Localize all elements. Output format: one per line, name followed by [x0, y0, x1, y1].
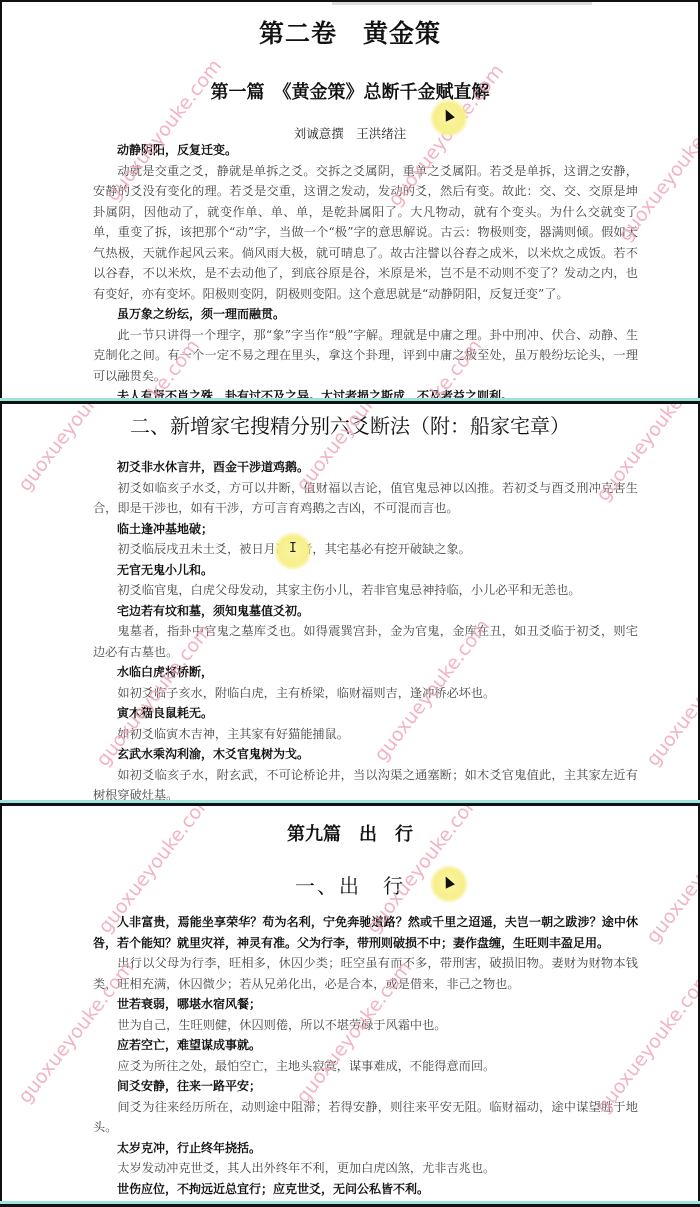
- commentary-paragraph: 如初爻临子亥水，附临白虎，主有桥梁，临财福则吉，逢冲桥必坏也。: [93, 683, 638, 704]
- verse-line: 太岁克冲，行止终年挠括。: [93, 1138, 638, 1159]
- chapter-title: 第一篇 《黄金策》总断千金赋直解: [2, 78, 698, 104]
- verse-line: 初爻非水休言井，酉金干涉道鸡鹅。: [93, 457, 638, 478]
- verse-line: 应若空亡，难望谋成事就。: [93, 1035, 638, 1056]
- text-body: 动静阴阳，反复迁变。 动就是交重之爻，静就是单拆之爻。交拆之爻属阴，重单之爻属阳…: [93, 140, 638, 402]
- verse-line: 间爻安静，往来一路平安；: [93, 1076, 638, 1097]
- verse-line: 世伤应位，不拘远近总宜行；应克世爻，无问公私皆不利。: [93, 1179, 638, 1200]
- verse-line: 虽万象之纷纭，须一理而融贯。: [93, 304, 638, 325]
- panel-divider: [0, 401, 700, 404]
- commentary-paragraph: 应爻为所往之处，最怕空亡，主地头寂寞，谋事难成，不能得意而回。: [93, 1056, 638, 1077]
- verse-line: 水临白虎将桥断，: [93, 662, 638, 683]
- commentary-paragraph: 间爻为往来经历所在，动则途中阻滞；若得安静，则往来平安无阻。临财福动，途中谋望胜…: [93, 1097, 638, 1138]
- commentary-paragraph: 如初爻临寅木吉神，主其家有好猫能捕鼠。: [93, 724, 638, 745]
- commentary-paragraph: 世为自己，生旺则健，休囚则倦，所以不堪劳碌于风霜中也。: [93, 1015, 638, 1036]
- commentary-paragraph: 如初爻临亥子水，附玄武，不可论桥论井，当以沟渠之通塞断；如木爻官鬼值此，主其家左…: [93, 765, 638, 805]
- verse-line: 宅边若有坟和墓，须知鬼墓值爻初。: [93, 601, 638, 622]
- verse-line: 无官无鬼小儿和。: [93, 560, 638, 581]
- volume-title: 第二卷 黄金策: [2, 14, 698, 50]
- commentary-paragraph: 动就是交重之爻，静就是单拆之爻。交拆之爻属阴，重单之爻属阳。若爻是单拆，这谓之安…: [93, 161, 638, 305]
- page-panel-travel: 第九篇 出 行 一、出 行 人非富贵，焉能坐享荣华？苟为名利，宁免奔驰道路？然或…: [0, 804, 700, 1207]
- verse-line: 动静阴阳，反复迁变。: [93, 140, 638, 161]
- commentary-paragraph: 初爻如临亥子水爻，方可以井断，值财福以吉论，值官鬼忌神以凶推。若初爻与酉爻刑冲克…: [93, 478, 638, 519]
- panel-divider: [0, 803, 700, 806]
- text-body: 人非富贵，焉能坐享荣华？苟为名利，宁免奔驰道路？然或千里之迢遥，夫岂一朝之跋涉？…: [93, 912, 638, 1199]
- chapter-title: 第九篇 出 行: [2, 820, 698, 846]
- text-body: 初爻非水休言井，酉金干涉道鸡鹅。 初爻如临亥子水爻，方可以井断，值财福以吉论，值…: [93, 457, 638, 804]
- verse-line: 玄武水乘沟利渝，木爻官鬼树为戈。: [93, 744, 638, 765]
- commentary-paragraph: 初爻临辰戌丑未土爻，被日月冲破者，其宅基必有挖开破缺之象。: [93, 539, 638, 560]
- watermark: guoxueyouke.com: [642, 620, 700, 770]
- commentary-paragraph: 初爻临官鬼，白虎父母发动，其家主伤小儿，若非官鬼忌神持临，小儿必平和无恙也。: [93, 580, 638, 601]
- section-title: 二、新增家宅搜精分别六爻断法（附：船家宅章）: [2, 410, 698, 439]
- verse-line: 临土逢冲基地破；: [93, 519, 638, 540]
- commentary-paragraph: 出行以父母为行李，旺相多，休囚少类；旺空虽有而不多，带刑害，破损旧物。妻财为财物…: [93, 953, 638, 994]
- verse-line: 世若衰弱，哪堪水宿风餐；: [93, 994, 638, 1015]
- text-cursor-icon: I: [289, 541, 297, 556]
- verse-line: 寅木猫良鼠耗无。: [93, 703, 638, 724]
- page-panel-volume-two: 第二卷 黄金策 第一篇 《黄金策》总断千金赋直解 刘诚意撰 王洪绪注 动静阴阳，…: [0, 0, 700, 402]
- commentary-paragraph: 鬼墓者，指卦中官鬼之墓库爻也。如得震巽宫卦，金为官鬼，金库在丑，如丑爻临于初爻，…: [93, 621, 638, 662]
- commentary-paragraph: 此一节只讲得一个理字，那“象”字当作“般”字解。理就是中庸之理。卦中刑冲、伏合、…: [93, 325, 638, 387]
- verse-line: 人非富贵，焉能坐享荣华？苟为名利，宁免奔驰道路？然或千里之迢遥，夫岂一朝之跋涉？…: [93, 912, 638, 953]
- commentary-paragraph: 太岁发动冲克世爻，其人出外终年不利，更加白虎凶煞，尤非吉兆也。: [93, 1158, 638, 1179]
- section-title: 一、出 行: [2, 870, 698, 899]
- window-shadow: [332, 2, 592, 5]
- page-panel-house-divination: 二、新增家宅搜精分别六爻断法（附：船家宅章） 初爻非水休言井，酉金干涉道鸡鹅。 …: [0, 402, 700, 804]
